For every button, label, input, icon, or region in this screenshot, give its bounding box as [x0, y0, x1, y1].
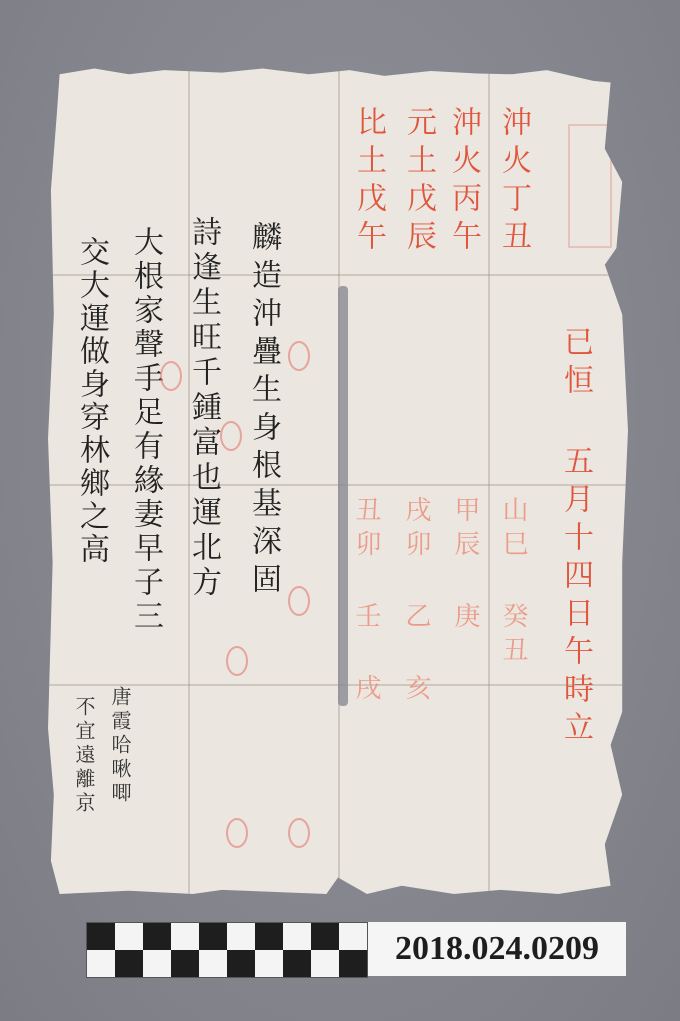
red-circle-mark [220, 421, 242, 451]
red-circle-mark [226, 646, 248, 676]
red-circle-mark [226, 818, 248, 848]
ink-column-small: 唐霞哈啾唧 [110, 686, 130, 806]
red-column: 比土戊午 [353, 106, 383, 258]
red-faint-column: 甲辰 庚 [452, 496, 478, 636]
ink-column: 大根家聲手足有緣妻早子三 [130, 226, 160, 634]
red-column: 沖火丙午 [448, 106, 478, 258]
red-faint-column: 山巳 癸丑 [500, 496, 526, 670]
red-column: 沖火丁丑 [498, 106, 528, 258]
ink-column: 詩逢生旺千鍾富也運北方 [188, 216, 218, 601]
document-paper: 已恒 五月十四日午時立 沖火丁丑 沖火丙午 元土戊辰 比土戊午 山巳 癸丑 甲辰… [48, 66, 628, 894]
red-circle-mark [288, 586, 310, 616]
red-circle-mark [288, 818, 310, 848]
paper-tear [338, 286, 348, 706]
fold-line [488, 66, 490, 894]
red-faint-column: 戌卯 乙 亥 [403, 496, 429, 708]
red-date-column: 已恒 五月十四日午時立 [560, 326, 590, 749]
red-faint-column: 丑卯 壬 戌 [353, 496, 379, 708]
red-circle-mark [160, 361, 182, 391]
ink-column: 交大運做身穿林鄉之高 [76, 236, 106, 566]
ink-column-small: 不宜遠離京 [74, 696, 94, 816]
ink-column: 麟造沖疊生身根基深固 [248, 221, 278, 601]
red-circle-mark [288, 341, 310, 371]
accession-number-label: 2018.024.0209 [368, 922, 626, 976]
red-column: 元土戊辰 [403, 106, 433, 258]
scale-bar [86, 922, 368, 978]
